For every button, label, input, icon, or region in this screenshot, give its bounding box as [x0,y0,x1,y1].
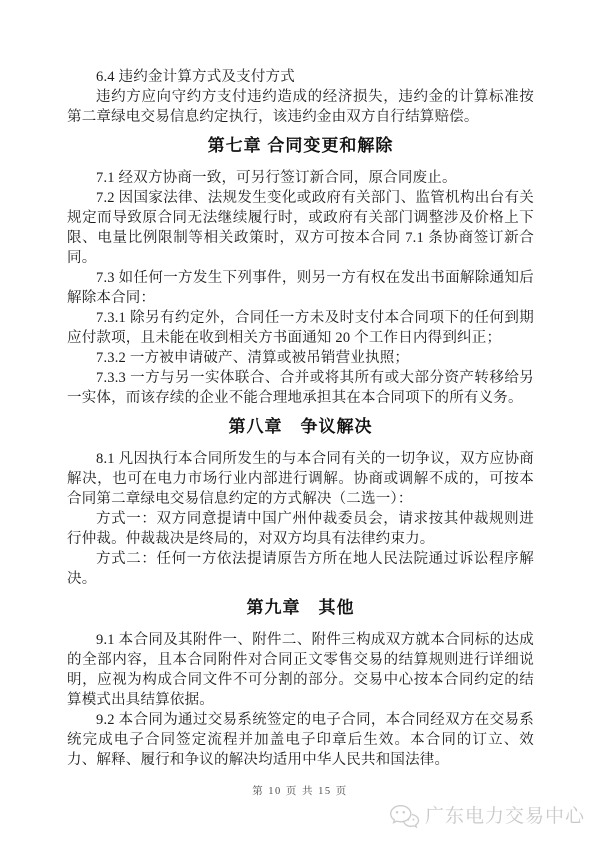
chapter-7-heading: 第七章 合同变更和解除 [67,134,534,158]
clause-9-1: 9.1 本合同及其附件一、附件二、附件三构成双方就本合同标的达成的全部内容，且本… [67,630,534,710]
clause-7-3: 7.3 如任何一方发生下列事件，则另一方有权在发出书面解除通知后解除本合同： [67,268,534,308]
brand-watermark-label: 广东电力交易中心 [425,804,585,830]
clause-6-4-body: 违约方应向守约方支付违约造成的经济损失，违约金的计算标准按第二章绿电交易信息约定… [67,87,534,127]
clause-8-option-2: 方式二：任何一方依法提请原告方所在地人民法院通过诉讼程序解决。 [67,549,534,589]
wechat-icon [389,804,420,830]
page-number: 第 10 页 共 15 页 [0,783,600,798]
clause-6-4-title: 6.4 违约金计算方式及支付方式 [67,67,534,87]
chapter-8-heading: 第八章 争议解决 [67,415,534,439]
chapter-9-heading: 第九章 其他 [67,596,534,620]
brand-watermark: 广东电力交易中心 [389,804,585,830]
document-page: 6.4 违约金计算方式及支付方式 违约方应向守约方支付违约造成的经济损失，违约金… [0,0,600,848]
clause-8-1: 8.1 凡因执行本合同所发生的与本合同有关的一切争议，双方应协商解决，也可在电力… [67,449,534,509]
clause-7-3-1: 7.3.1 除另有约定外，合同任一方未及时支付本合同项下的任何到期应付款项，且未… [67,308,534,348]
clause-7-1: 7.1 经双方协商一致，可另行签订新合同，原合同废止。 [67,168,534,188]
clause-7-3-3: 7.3.3 一方与另一实体联合、合并或将其所有或大部分资产转移给另一实体，而该存… [67,368,534,408]
clause-7-2: 7.2 因国家法律、法规发生变化或政府有关部门、监管机构出台有关规定而导致原合同… [67,188,534,268]
clause-7-3-2: 7.3.2 一方被申请破产、清算或被吊销营业执照； [67,348,534,368]
contract-body: 6.4 违约金计算方式及支付方式 违约方应向守约方支付违约造成的经济损失，违约金… [67,67,534,770]
clause-8-option-1: 方式一：双方同意提请中国广州仲裁委员会，请求按其仲裁规则进行仲裁。仲裁裁决是终局… [67,509,534,549]
clause-9-2: 9.2 本合同为通过交易系统签定的电子合同，本合同经双方在交易系统完成电子合同签… [67,710,534,770]
